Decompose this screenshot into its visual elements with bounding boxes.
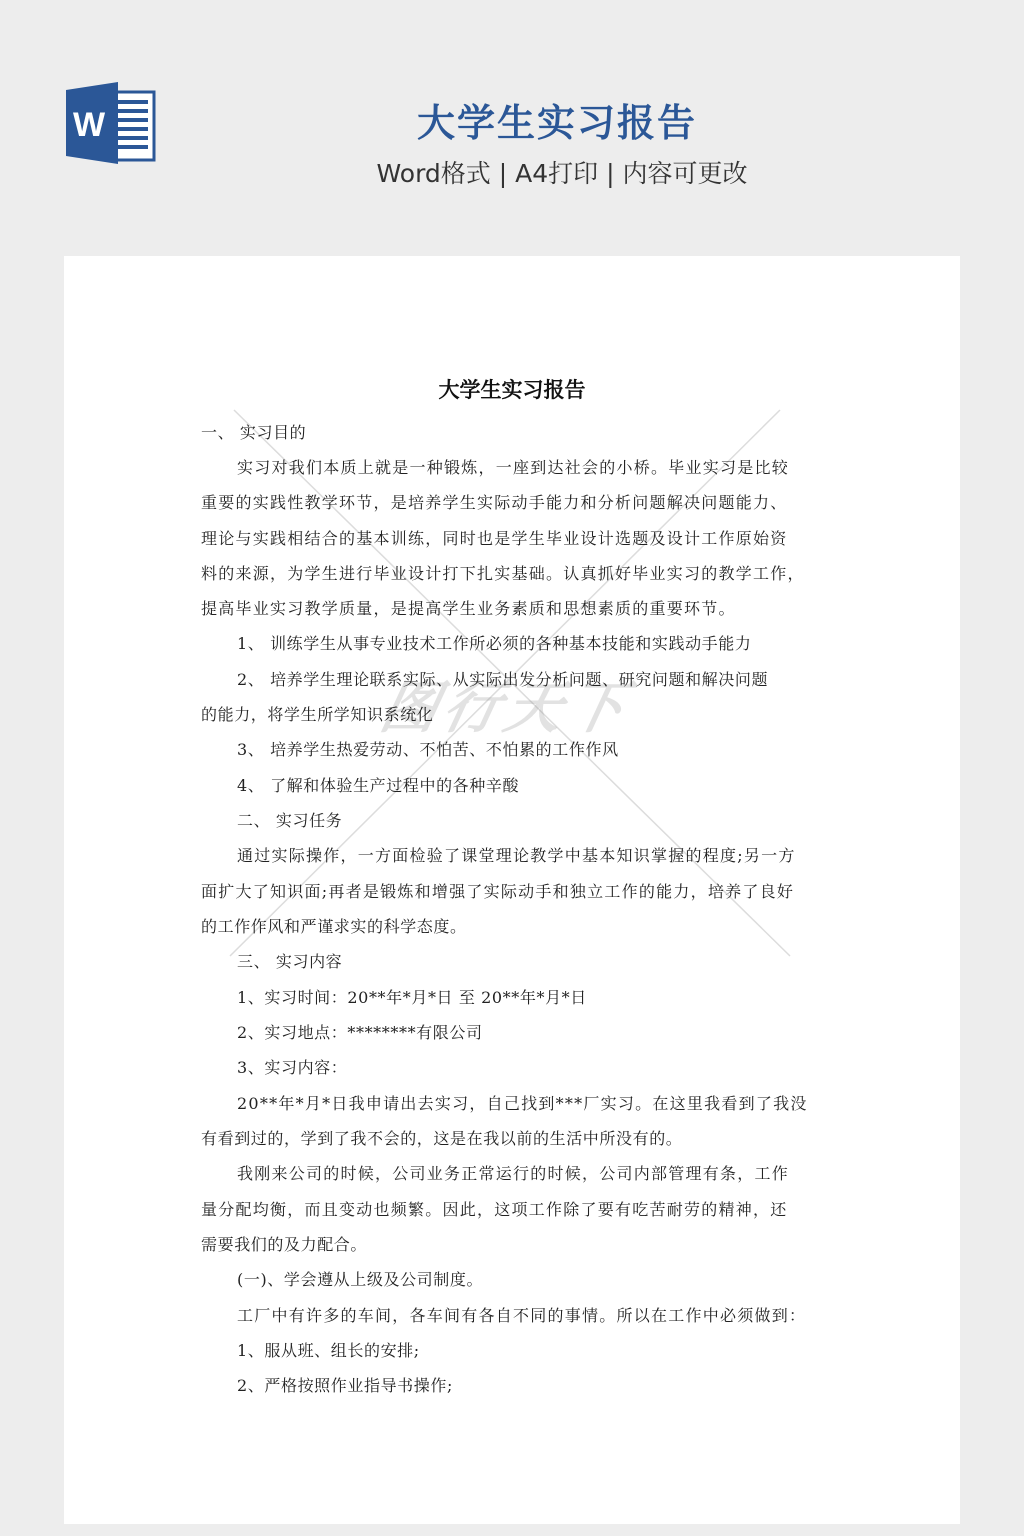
document-line: 的能力，将学生所学知识系统化 [201,702,433,725]
document-line: 提高毕业实习教学质量，是提高学生业务素质和思想素质的重要环节。 [201,596,736,619]
document-line: 4、 了解和体验生产过程中的各种辛酸 [237,773,519,796]
document-line: 工厂中有许多的车间，各车间有各自不同的事情。所以在工作中必须做到： [237,1303,806,1326]
document-line: 3、实习内容： [237,1055,347,1078]
document-line: 理论与实践相结合的基本训练，同时也是学生毕业设计选题及设计工作原始资 [201,526,788,549]
document-line: 1、服从班、组长的安排; [237,1338,420,1361]
banner-subtitle: Word格式 | A4打印 | 内容可更改 [0,154,1024,190]
document-line: 料的来源，为学生进行毕业设计打下扎实基础。认真抓好毕业实习的教学工作， [201,561,805,584]
document-line: 1、实习时间：20**年*月*日 至 20**年*月*日 [237,985,587,1008]
document-line: 三、 实习内容 [237,949,342,972]
document-line: 一、 实习目的 [201,420,306,443]
document-line: 的工作作风和严谨求实的科学态度。 [201,914,467,937]
document-line: 3、 培养学生热爱劳动、不怕苦、不怕累的工作作风 [237,737,619,760]
document-line: 我刚来公司的时候，公司业务正常运行的时候，公司内部管理有条，工作 [237,1161,789,1184]
document-line: 有看到过的，学到了我不会的，这是在我以前的生活中所没有的。 [201,1126,682,1149]
document-line: 2、 培养学生理论联系实际、从实际出发分析问题、研究问题和解决问题 [237,667,768,690]
document-line: 实习对我们本质上就是一种锻炼，一座到达社会的小桥。毕业实习是比较 [237,455,789,478]
document-line: (一)、学会遵从上级及公司制度。 [237,1267,483,1290]
document-line: 2、严格按照作业指导书操作; [237,1373,453,1396]
banner-title: 大学生实习报告 [0,92,1024,147]
document-line: 20**年*月*日我申请出去实习，自己找到***厂实习。在这里我看到了我没 [237,1091,808,1114]
document-line: 二、 实习任务 [237,808,342,831]
document-line: 面扩大了知识面;再者是锻炼和增强了实际动手和独立工作的能力，培养了良好 [201,879,794,902]
document-page: 图行天下 大学生实习报告 一、 实习目的实习对我们本质上就是一种锻炼，一座到达社… [64,256,960,1524]
document-title: 大学生实习报告 [64,374,960,404]
document-line: 2、实习地点：********有限公司 [237,1020,483,1043]
document-line: 量分配均衡，而且变动也频繁。因此，这项工作除了要有吃苦耐劳的精神，还 [201,1197,788,1220]
document-line: 通过实际操作，一方面检验了课堂理论教学中基本知识掌握的程度;另一方 [237,843,796,866]
document-line: 重要的实践性教学环节，是培养学生实际动手能力和分析问题解决问题能力、 [201,490,788,513]
document-line: 1、 训练学生从事专业技术工作所必须的各种基本技能和实践动手能力 [237,631,751,654]
document-line: 需要我们的及力配合。 [201,1232,367,1255]
